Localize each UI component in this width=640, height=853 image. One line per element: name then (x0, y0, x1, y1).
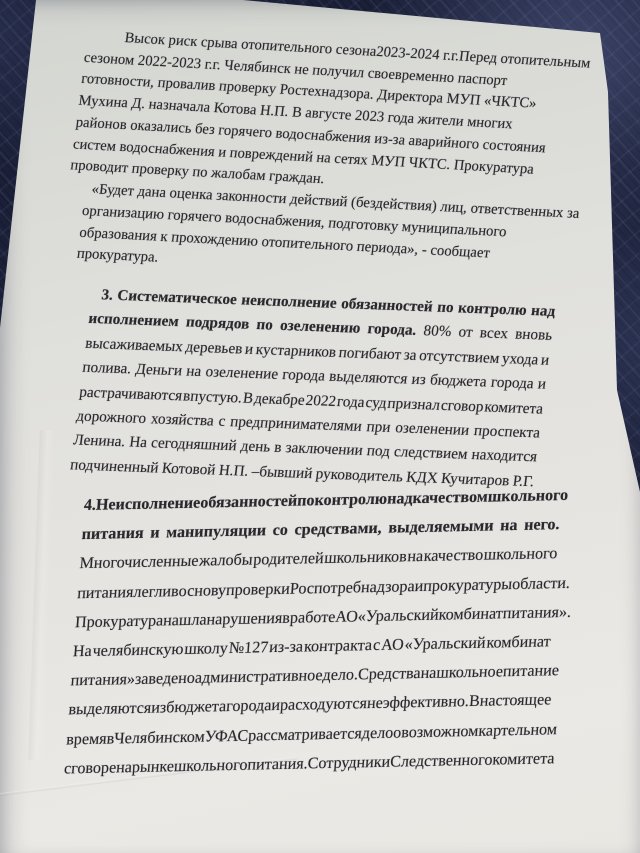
word: школьного (483, 540, 559, 571)
word: сговоре (63, 753, 117, 783)
word: него. (523, 510, 561, 540)
word: впустую. (182, 384, 244, 410)
word: легли (132, 577, 172, 607)
word: прокуратуры (422, 570, 513, 601)
word: питания» (70, 665, 136, 696)
word: и (539, 348, 550, 373)
word: проспекта (472, 419, 541, 446)
word: качество (423, 541, 485, 572)
word: обязанностей (340, 292, 434, 320)
word: высаживаемых (84, 332, 184, 360)
word: питания. (246, 749, 308, 780)
word: под (365, 440, 391, 465)
word: основу (178, 576, 228, 606)
text-layer: Высок риск срыва отопительного сезона202… (0, 0, 640, 853)
word: бюджета (429, 369, 489, 395)
word: города (489, 371, 535, 397)
word: полива. (81, 356, 133, 382)
paragraph-3: 3.Систематическоенеисполнениеобязанносте… (69, 283, 557, 494)
word: растрачиваются (78, 380, 184, 408)
word: Котовой (160, 457, 217, 483)
word: подчиненный (69, 453, 160, 481)
word: комитета (483, 395, 545, 421)
word: «Уральский (357, 600, 440, 631)
word: питания (76, 578, 134, 608)
word: следствием (392, 441, 469, 468)
word: города. (366, 318, 418, 344)
word: манипуляции (165, 516, 267, 547)
word: выделяются (328, 365, 409, 392)
word: и (149, 519, 160, 548)
word: питания (81, 519, 145, 550)
word: над (530, 299, 557, 324)
word: и (536, 373, 547, 398)
word: Деньги (134, 358, 184, 384)
word: настоящее (479, 686, 553, 717)
word: года (336, 390, 366, 415)
word: Ленина. (72, 429, 127, 455)
word: нашла (162, 605, 208, 635)
word: выделяемыми (387, 512, 494, 543)
word: УФАС (204, 721, 250, 751)
word: Многочисленные (78, 547, 199, 579)
word: дело (361, 718, 395, 748)
word: контролю (457, 296, 528, 323)
word: качеством (412, 483, 489, 514)
word: Прокуратура (74, 606, 164, 637)
word: комбинат (485, 627, 551, 658)
word: признал (386, 392, 441, 418)
word: рынке (131, 752, 175, 782)
word: бюджета (165, 692, 227, 723)
word: контракта (303, 631, 373, 662)
word: школьного (173, 750, 249, 781)
word: из (410, 368, 427, 393)
word: неисполнение (240, 288, 338, 316)
word: день (239, 435, 272, 460)
word: озеленению (278, 314, 361, 341)
word: 80% (422, 320, 453, 345)
word: АО (380, 630, 405, 660)
word: Следственного (389, 745, 493, 776)
text-segment: прокуратура. (76, 246, 159, 266)
word: по (255, 313, 274, 338)
word: исполнением (87, 307, 180, 335)
word: всех (478, 322, 509, 347)
word: с (217, 410, 227, 435)
word: на (406, 542, 424, 572)
word: расходуются (279, 690, 368, 721)
word: дорожного (75, 405, 148, 432)
word: погибают (337, 341, 402, 368)
word: Роспотребнадзора (289, 572, 416, 604)
word: деревьев (184, 335, 244, 361)
word: 2022 (304, 389, 337, 414)
word: Челябинском (113, 722, 206, 753)
word: №127 (228, 633, 270, 663)
word: картельном (477, 715, 558, 746)
word: административное (194, 661, 324, 693)
word: области. (511, 568, 571, 598)
word: по (436, 296, 455, 321)
word: –бывший (250, 460, 314, 487)
word: На (128, 431, 149, 456)
word: питание (502, 656, 560, 686)
word: работе (289, 603, 337, 633)
word: средствами, (293, 514, 382, 545)
word: кустарников (254, 338, 337, 365)
word: дело. (322, 661, 360, 691)
word: проверки (225, 574, 291, 605)
word: из-за (268, 632, 304, 662)
word: подрядов (184, 311, 250, 338)
word: Сотрудники (307, 747, 392, 778)
word: комитета (491, 744, 555, 775)
word: рассматривается (247, 719, 363, 751)
word: неэффективно. (366, 687, 470, 718)
word: челябинскую (92, 635, 185, 666)
paragraph-1: Высок риск срыва отопительного сезона202… (69, 26, 557, 203)
word: На (72, 637, 93, 667)
word: обязанностей (199, 487, 298, 518)
paragraph-4: 4.Неисполнениеобязанностейпоконтролюнадк… (63, 481, 563, 784)
word: суд (364, 391, 388, 416)
word: со (272, 516, 289, 546)
word: озеленение (204, 360, 280, 387)
word: жалобы (198, 546, 254, 576)
word: города (225, 692, 272, 722)
word: АО (334, 602, 359, 632)
word: за (402, 343, 418, 368)
word: Неисполнение (95, 489, 202, 520)
word: города (281, 363, 327, 389)
word: Средства (357, 659, 422, 690)
word: «Уральский (404, 629, 487, 660)
word: родителей (252, 544, 325, 575)
word: Н.П. (217, 459, 250, 484)
word: хозяйства (149, 407, 215, 434)
word: в (273, 436, 283, 461)
word: школьное (435, 657, 504, 688)
word: контролю (313, 485, 388, 516)
word: сегодняшний (150, 432, 239, 459)
word: заключении (284, 437, 364, 464)
word: время (65, 724, 108, 754)
word: возможном (400, 716, 479, 747)
word: отсутствием (418, 344, 501, 371)
word: комбинат (438, 599, 504, 630)
word: сговор (440, 394, 485, 420)
word: находится (470, 443, 538, 470)
word: заведено (134, 664, 196, 695)
word: над (386, 484, 414, 514)
word: и (244, 337, 255, 362)
word: от (457, 321, 474, 346)
word: при (365, 415, 392, 440)
word: вновь (514, 323, 554, 349)
word: на (185, 360, 203, 385)
word: питания». (502, 598, 572, 629)
word: нарушения (205, 604, 283, 635)
word: декабре (253, 387, 306, 413)
word: на (499, 511, 519, 541)
photo-of-document: Высок риск срыва отопительного сезона202… (0, 0, 640, 853)
word: ухода (501, 347, 540, 373)
word: школу (183, 634, 229, 664)
word: 3. (100, 283, 114, 308)
word: школьников (323, 543, 408, 574)
word: выделяются (67, 694, 152, 725)
word: озеленении (394, 416, 471, 443)
word: школьного (487, 481, 569, 512)
